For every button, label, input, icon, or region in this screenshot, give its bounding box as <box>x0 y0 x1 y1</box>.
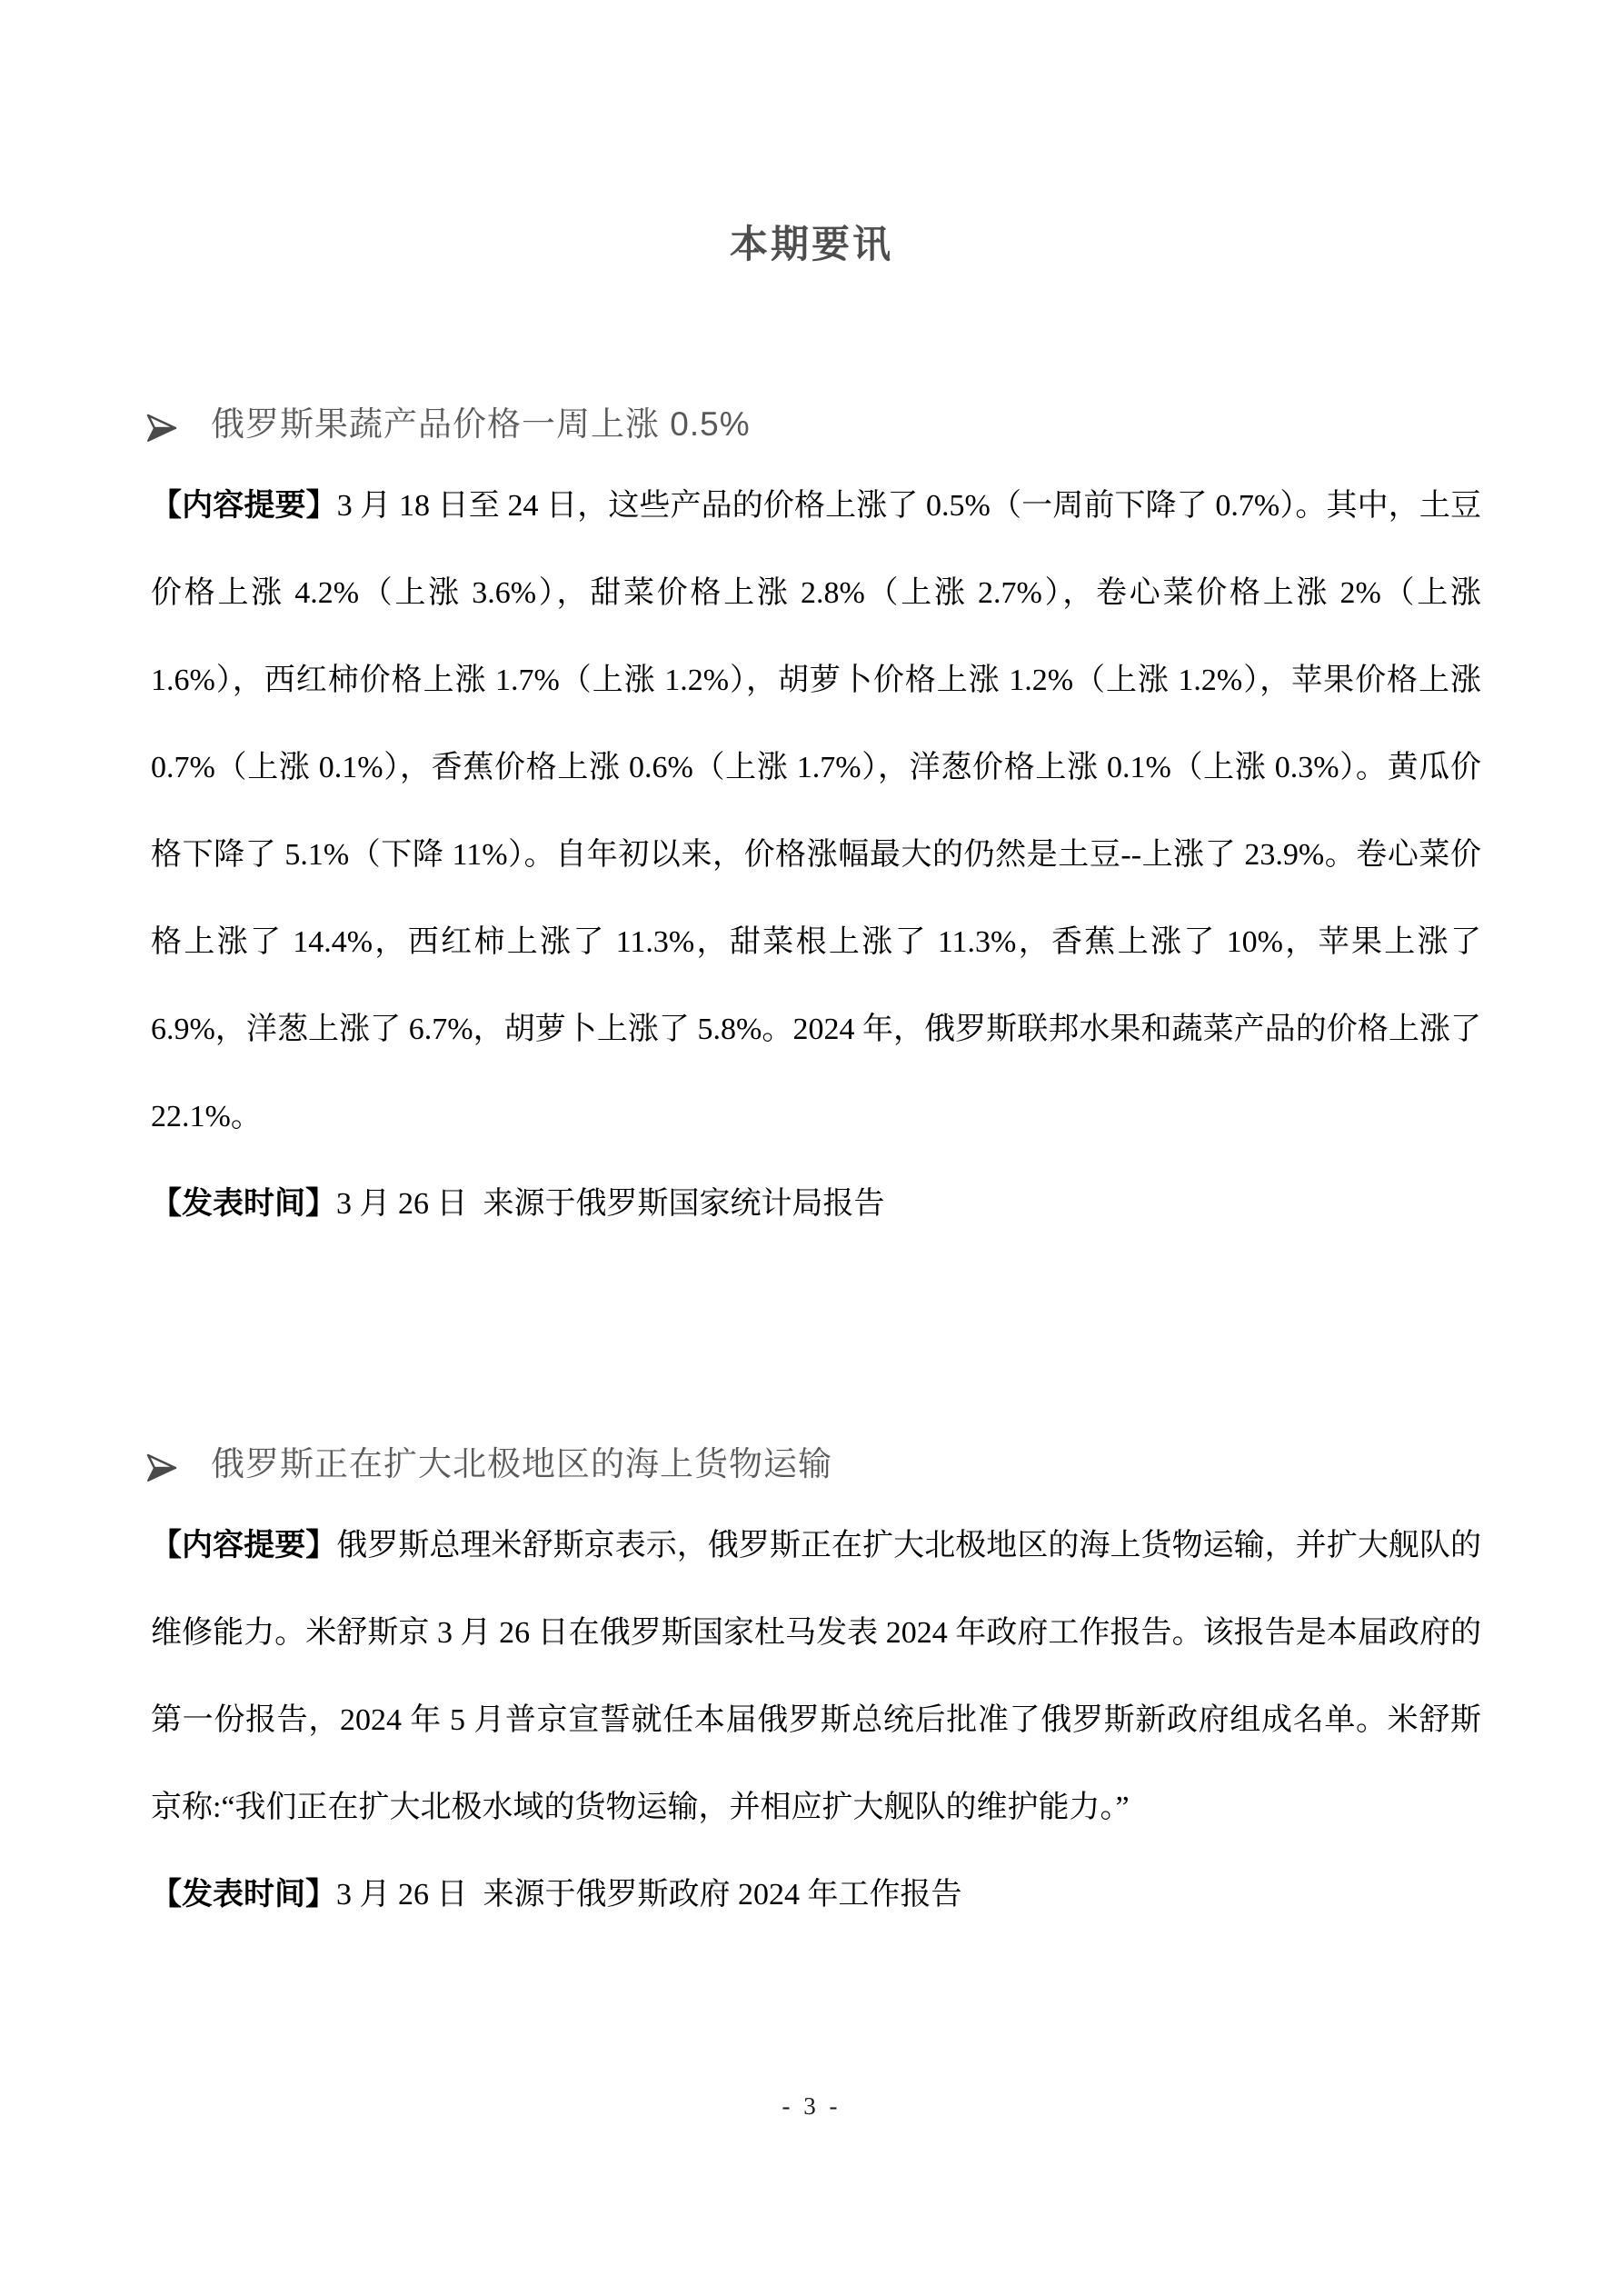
publish-label: 【发表时间】 <box>151 1187 336 1221</box>
publish-text: 3 月 26 日 来源于俄罗斯政府 2024 年工作报告 <box>336 1878 962 1912</box>
summary-text: 3 月 18 日至 24 日，这些产品的价格上涨了 0.5%（一周前下降了 0.… <box>151 489 1481 1133</box>
news-item-1-publish: 【发表时间】3 月 26 日 来源于俄罗斯国家统计局报告 <box>151 1161 1481 1248</box>
news-item-1: 俄罗斯果蔬产品价格一周上涨 0.5% 【内容提要】3 月 18 日至 24 日，… <box>0 403 1623 1248</box>
publish-text: 3 月 26 日 来源于俄罗斯国家统计局报告 <box>336 1187 885 1221</box>
news-item-1-heading: 俄罗斯果蔬产品价格一周上涨 0.5% <box>145 403 1623 446</box>
summary-label: 【内容提要】 <box>151 1529 336 1562</box>
news-item-2-summary: 【内容提要】俄罗斯总理米舒斯京表示，俄罗斯正在扩大北极地区的海上货物运输，并扩大… <box>151 1502 1481 1852</box>
summary-label: 【内容提要】 <box>151 489 337 523</box>
news-item-1-title: 俄罗斯果蔬产品价格一周上涨 0.5% <box>211 403 751 446</box>
news-item-2-heading: 俄罗斯正在扩大北极地区的海上货物运输 <box>145 1442 1623 1486</box>
news-item-2-publish: 【发表时间】3 月 26 日 来源于俄罗斯政府 2024 年工作报告 <box>151 1852 1481 1939</box>
news-item-1-summary: 【内容提要】3 月 18 日至 24 日，这些产品的价格上涨了 0.5%（一周前… <box>151 463 1481 1161</box>
page-footer: - 3 - <box>0 2091 1623 2121</box>
page-title: 本期要讯 <box>0 0 1623 268</box>
summary-text: 俄罗斯总理米舒斯京表示，俄罗斯正在扩大北极地区的海上货物运输，并扩大舰队的维修能… <box>151 1529 1481 1824</box>
document-page: 本期要讯 俄罗斯果蔬产品价格一周上涨 0.5% 【内容提要】3 月 18 日至 … <box>0 0 1623 2296</box>
news-item-2-title: 俄罗斯正在扩大北极地区的海上货物运输 <box>211 1442 832 1486</box>
publish-label: 【发表时间】 <box>151 1878 336 1912</box>
arrowhead-bullet-icon <box>145 410 178 439</box>
news-item-2: 俄罗斯正在扩大北极地区的海上货物运输 【内容提要】俄罗斯总理米舒斯京表示，俄罗斯… <box>0 1442 1623 1939</box>
page-number: - 3 - <box>782 2092 841 2120</box>
arrowhead-bullet-icon <box>145 1450 178 1479</box>
